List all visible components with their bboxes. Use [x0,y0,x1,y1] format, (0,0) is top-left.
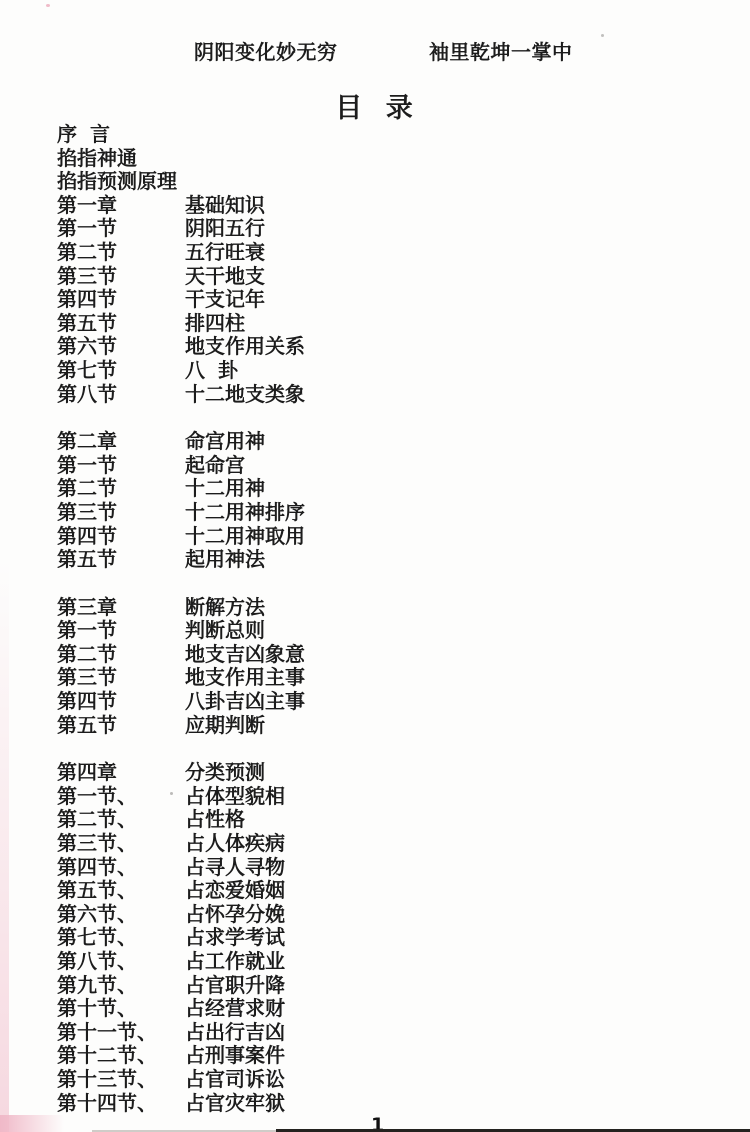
chapter-gap [57,406,707,430]
toc-section-row: 第十节、占经营求财 [57,997,707,1021]
toc-section-label: 第七节、 [57,926,185,950]
toc-section-row: 第二节十二用神 [57,477,707,501]
toc-section-label: 第二节 [57,241,185,265]
toc-section-label: 第五节 [57,714,185,738]
chapter-gap [57,737,707,761]
toc-list: 序 言 掐指神通 掐指预测原理 第一章基础知识 第一节阴阳五行 第二节五行旺衰 … [57,123,707,1115]
toc-section-title: 判断总则 [185,618,265,642]
page-title: 目 录 [0,86,750,125]
toc-section-label: 第三节 [57,265,185,289]
toc-section-label: 第十一节、 [57,1021,185,1045]
toc-section-row: 第十一节、占出行吉凶 [57,1021,707,1045]
toc-section-label: 第六节 [57,335,185,359]
toc-section-title: 排四柱 [185,311,245,335]
toc-chapter-label: 第二章 [57,430,185,454]
toc-section-row: 第四节八卦吉凶主事 [57,690,707,714]
toc-section-title: 八卦吉凶主事 [185,689,305,713]
toc-section-label: 第三节、 [57,832,185,856]
toc-section-row: 第七节八 卦 [57,359,707,383]
scan-corner-pink [0,1115,64,1132]
toc-section-label: 第二节、 [57,808,185,832]
scanned-toc-page: 阴阳变化妙无穷 袖里乾坤一掌中 目 录 序 言 掐指神通 掐指预测原理 第一章基… [0,0,750,1132]
toc-chapter-row: 第三章断解方法 [57,596,707,620]
toc-section-label: 第三节 [57,501,185,525]
toc-section-title: 占官灾牢狱 [185,1091,285,1115]
toc-section-row: 第一节、占体型貌相 [57,785,707,809]
scan-speck [46,4,50,7]
toc-section-row: 第五节、占恋爱婚姻 [57,879,707,903]
toc-section-title: 占官司诉讼 [185,1067,285,1091]
toc-section-label: 第七节 [57,359,185,383]
toc-section-label: 第四节 [57,690,185,714]
toc-section-row: 第五节起用神法 [57,548,707,572]
toc-section-row: 第一节判断总则 [57,619,707,643]
toc-section-row: 第三节地支作用主事 [57,666,707,690]
toc-chapter-title: 命宫用神 [185,429,265,453]
toc-section-title: 占性格 [185,807,245,831]
toc-section-title: 十二地支类象 [185,382,305,406]
toc-section-title: 占人体疾病 [185,831,285,855]
toc-section-title: 十二用神排序 [185,500,305,524]
toc-section-row: 第二节地支吉凶象意 [57,643,707,667]
toc-section-row: 第十三节、占官司诉讼 [57,1068,707,1092]
toc-section-title: 八 卦 [185,358,238,382]
toc-section-title: 干支记年 [185,287,265,311]
toc-section-label: 第二节 [57,643,185,667]
toc-section-title: 占求学考试 [185,925,285,949]
toc-section-title: 天干地支 [185,264,265,288]
toc-section-row: 第九节、占官职升降 [57,974,707,998]
scan-edge-left-pink [0,560,9,1132]
toc-section-row: 第三节、占人体疾病 [57,832,707,856]
toc-section-title: 占体型貌相 [185,784,285,808]
toc-chapter-row: 第二章命宫用神 [57,430,707,454]
toc-section-title: 地支吉凶象意 [185,642,305,666]
toc-section-row: 第一节起命宫 [57,454,707,478]
toc-section-label: 第一节 [57,454,185,478]
toc-section-row: 第六节、占怀孕分娩 [57,903,707,927]
toc-section-title: 十二用神 [185,476,265,500]
toc-chapter-row: 第一章基础知识 [57,194,707,218]
toc-section-label: 第六节、 [57,903,185,927]
toc-section-row: 第五节排四柱 [57,312,707,336]
toc-section-row: 第十四节、占官灾牢狱 [57,1092,707,1116]
toc-section-title: 占工作就业 [185,949,285,973]
toc-section-row: 第二节五行旺衰 [57,241,707,265]
toc-frontmatter-row: 序 言 [57,123,707,147]
toc-section-title: 占刑事案件 [185,1043,285,1067]
toc-section-title: 应期判断 [185,713,265,737]
toc-section-row: 第十二节、占刑事案件 [57,1044,707,1068]
toc-section-row: 第六节地支作用关系 [57,335,707,359]
toc-section-row: 第四节十二用神取用 [57,525,707,549]
toc-section-label: 第五节 [57,548,185,572]
toc-frontmatter-label: 掐指预测原理 [57,170,185,194]
toc-section-label: 第一节 [57,619,185,643]
toc-section-title: 地支作用关系 [185,334,305,358]
toc-section-row: 第八节、占工作就业 [57,950,707,974]
toc-section-label: 第五节 [57,312,185,336]
toc-section-label: 第十节、 [57,997,185,1021]
toc-chapter-title: 断解方法 [185,595,265,619]
toc-section-title: 地支作用主事 [185,665,305,689]
chapter-gap [57,572,707,596]
toc-chapter-row: 第四章分类预测 [57,761,707,785]
toc-frontmatter-label: 掐指神通 [57,147,185,171]
toc-section-row: 第一节阴阳五行 [57,217,707,241]
toc-section-label: 第一节、 [57,785,185,809]
toc-section-title: 占经营求财 [185,996,285,1020]
toc-section-label: 第八节、 [57,950,185,974]
toc-section-title: 占怀孕分娩 [185,902,285,926]
toc-section-label: 第二节 [57,477,185,501]
toc-section-title: 十二用神取用 [185,524,305,548]
toc-chapter-title: 基础知识 [185,193,265,217]
toc-section-title: 阴阳五行 [185,216,265,240]
header-right-motto: 袖里乾坤一掌中 [429,36,573,65]
toc-section-row: 第四节干支记年 [57,288,707,312]
toc-section-label: 第十二节、 [57,1044,185,1068]
scan-speck [601,34,604,37]
toc-section-label: 第五节、 [57,879,185,903]
toc-frontmatter-row: 掐指预测原理 [57,170,707,194]
toc-section-row: 第四节、占寻人寻物 [57,856,707,880]
toc-section-label: 第四节 [57,288,185,312]
toc-section-label: 第四节 [57,525,185,549]
toc-chapter-label: 第四章 [57,761,185,785]
toc-section-title: 五行旺衰 [185,240,265,264]
toc-section-label: 第四节、 [57,856,185,880]
toc-section-title: 占出行吉凶 [185,1020,285,1044]
header-left-motto: 阴阳变化妙无穷 [194,36,338,65]
toc-frontmatter-row: 掐指神通 [57,147,707,171]
toc-section-label: 第三节 [57,666,185,690]
toc-chapter-label: 第三章 [57,596,185,620]
toc-section-row: 第三节十二用神排序 [57,501,707,525]
toc-section-title: 占寻人寻物 [185,855,285,879]
toc-chapter-label: 第一章 [57,194,185,218]
toc-section-label: 第十三节、 [57,1068,185,1092]
toc-section-row: 第二节、占性格 [57,808,707,832]
toc-section-label: 第九节、 [57,974,185,998]
toc-section-title: 起命宫 [185,453,245,477]
toc-chapter-title: 分类预测 [185,760,265,784]
toc-section-label: 第十四节、 [57,1092,185,1116]
toc-section-row: 第八节十二地支类象 [57,383,707,407]
toc-section-title: 占恋爱婚姻 [185,878,285,902]
toc-section-title: 起用神法 [185,547,265,571]
toc-section-row: 第七节、占求学考试 [57,926,707,950]
toc-section-row: 第五节应期判断 [57,714,707,738]
toc-frontmatter-label: 序 言 [57,123,185,147]
toc-section-label: 第八节 [57,383,185,407]
toc-section-row: 第三节天干地支 [57,265,707,289]
toc-section-label: 第一节 [57,217,185,241]
toc-section-title: 占官职升降 [185,973,285,997]
